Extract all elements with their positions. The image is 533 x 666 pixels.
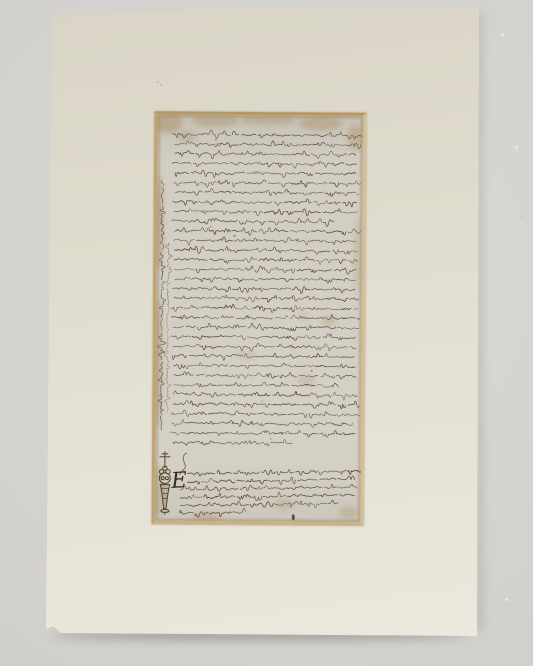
wall-speck [521, 215, 523, 217]
mat-speck [160, 84, 162, 86]
manuscript-leaf: E [155, 114, 364, 522]
wall-speck [505, 598, 508, 601]
illuminated-initial: E [169, 468, 188, 494]
mat-window: E [152, 111, 367, 525]
wall-speck [501, 33, 504, 36]
mat-speck [157, 81, 159, 83]
photograph: E [0, 0, 533, 666]
wall-background: E [0, 0, 533, 666]
mat-board: E [43, 7, 479, 637]
wall-speck [515, 146, 518, 149]
